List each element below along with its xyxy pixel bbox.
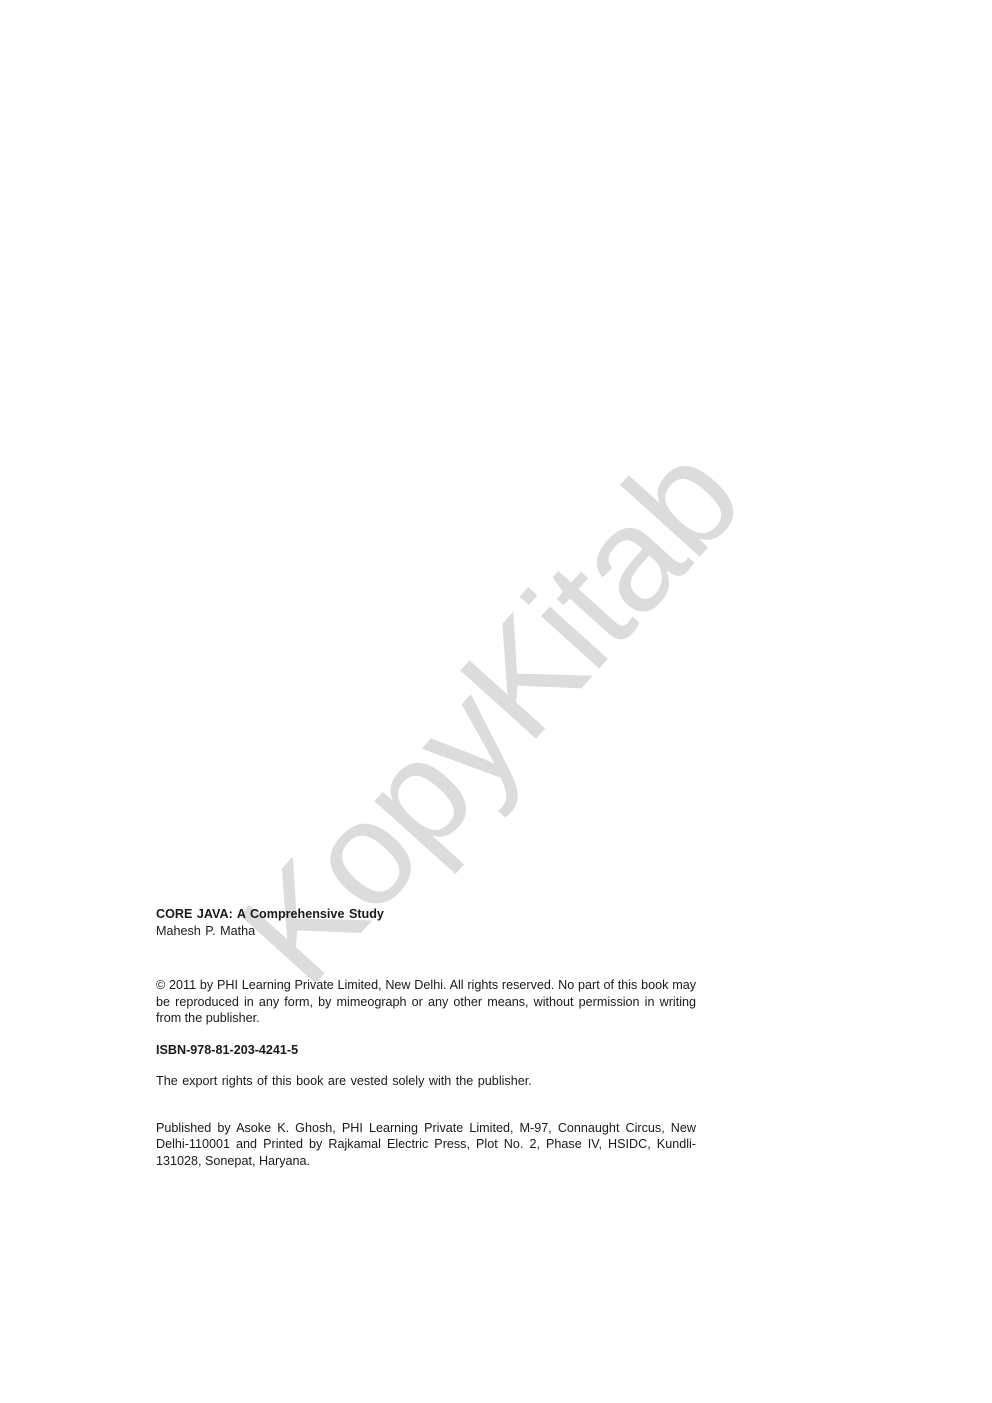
book-title: CORE JAVA: A Comprehensive Study: [156, 906, 696, 923]
book-author: Mahesh P. Matha: [156, 923, 696, 940]
copyright-page-content: CORE JAVA: A Comprehensive Study Mahesh …: [156, 906, 696, 1169]
isbn-number: ISBN-978-81-203-4241-5: [156, 1042, 696, 1059]
copyright-notice: © 2011 by PHI Learning Private Limited, …: [156, 977, 696, 1027]
publisher-info: Published by Asoke K. Ghosh, PHI Learnin…: [156, 1120, 696, 1170]
export-rights-notice: The export rights of this book are veste…: [156, 1073, 696, 1090]
